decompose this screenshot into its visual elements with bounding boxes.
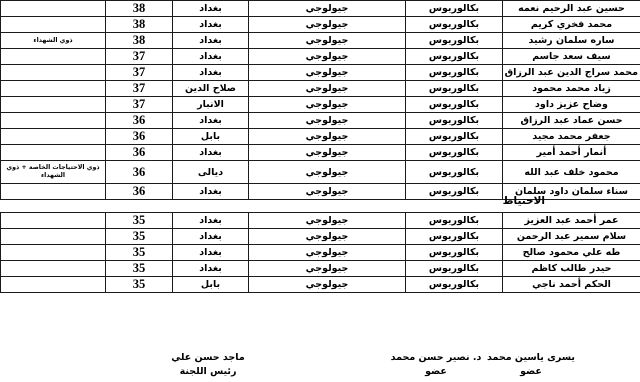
cell-score: 38 (106, 33, 173, 49)
cell-name: الحكم أحمد ناجي (503, 277, 640, 293)
cell-major: جيولوجي (249, 17, 406, 33)
cell-major: جيولوجي (249, 145, 406, 161)
table-row: أنمار أحمد أميربكالوريوسجيولوجيبغداد36 (1, 145, 640, 161)
cell-city: بغداد (173, 113, 249, 129)
cell-city: بغداد (173, 17, 249, 33)
candidates-table-main-body: حسين عبد الرحيم نعمهبكالوريوسجيولوجيبغدا… (1, 1, 640, 200)
cell-score: 37 (106, 65, 173, 81)
cell-name: وضاح عزيز داود (503, 97, 640, 113)
cell-note (1, 97, 106, 113)
cell-degree: بكالوريوس (406, 113, 503, 129)
cell-note (1, 49, 106, 65)
cell-score: 36 (106, 129, 173, 145)
cell-note (1, 113, 106, 129)
cell-note (1, 261, 106, 277)
cell-major: جيولوجي (249, 213, 406, 229)
cell-name: عمر أحمد عبد العزيز (503, 213, 640, 229)
cell-degree: بكالوريوس (406, 245, 503, 261)
cell-degree: بكالوريوس (406, 145, 503, 161)
cell-score: 35 (106, 245, 173, 261)
cell-name: محمود خلف عبد الله (503, 161, 640, 184)
cell-note (1, 213, 106, 229)
cell-degree: بكالوريوس (406, 65, 503, 81)
cell-major: جيولوجي (249, 129, 406, 145)
cell-degree: بكالوريوس (406, 213, 503, 229)
reserve-section-label: الاحتياط (503, 195, 545, 207)
table-row: سيف سعد جاسمبكالوريوسجيولوجيبغداد37 (1, 49, 640, 65)
cell-note (1, 129, 106, 145)
cell-score: 35 (106, 229, 173, 245)
cell-degree: بكالوريوس (406, 261, 503, 277)
cell-city: الانبار (173, 97, 249, 113)
cell-city: بغداد (173, 145, 249, 161)
table-row: محمد فخري كريمبكالوريوسجيولوجيبغداد38 (1, 17, 640, 33)
cell-degree: بكالوريوس (406, 277, 503, 293)
cell-city: بغداد (173, 65, 249, 81)
table-row: طه علي محمود صالحبكالوريوسجيولوجيبغداد35 (1, 245, 640, 261)
cell-note (1, 184, 106, 200)
cell-note (1, 1, 106, 17)
cell-major: جيولوجي (249, 277, 406, 293)
cell-score: 36 (106, 184, 173, 200)
cell-major: جيولوجي (249, 161, 406, 184)
cell-score: 35 (106, 277, 173, 293)
cell-name: طه علي محمود صالح (503, 245, 640, 261)
table-row: زياد محمد محمودبكالوريوسجيولوجيصلاح الدي… (1, 81, 640, 97)
cell-major: جيولوجي (249, 97, 406, 113)
cell-score: 37 (106, 81, 173, 97)
cell-city: بغداد (173, 33, 249, 49)
cell-degree: بكالوريوس (406, 161, 503, 184)
cell-score: 36 (106, 113, 173, 129)
cell-name: محمد فخري كريم (503, 17, 640, 33)
cell-score: 36 (106, 161, 173, 184)
cell-city: بغداد (173, 261, 249, 277)
cell-note (1, 245, 106, 261)
cell-score: 38 (106, 17, 173, 33)
signature-block-committee-chair: ماجد حسن علي رئيس اللجنة (148, 351, 268, 378)
table-row: حسن عماد عبد الرزاقبكالوريوسجيولوجيبغداد… (1, 113, 640, 129)
cell-note (1, 17, 106, 33)
cell-score: 36 (106, 145, 173, 161)
cell-city: بغداد (173, 49, 249, 65)
table-row: حسين عبد الرحيم نعمهبكالوريوسجيولوجيبغدا… (1, 1, 640, 17)
table-row: سلام سمير عبد الرحمنبكالوريوسجيولوجيبغدا… (1, 229, 640, 245)
cell-note (1, 81, 106, 97)
cell-major: جيولوجي (249, 245, 406, 261)
candidates-table-main: حسين عبد الرحيم نعمهبكالوريوسجيولوجيبغدا… (0, 0, 640, 200)
table-row: محمد سراج الدين عبد الرزاقبكالوريوسجيولو… (1, 65, 640, 81)
cell-city: بابل (173, 277, 249, 293)
cell-name: سيف سعد جاسم (503, 49, 640, 65)
cell-major: جيولوجي (249, 49, 406, 65)
signature-name: ماجد حسن علي (148, 351, 268, 364)
table-row: الحكم أحمد ناجيبكالوريوسجيولوجيبابل35 (1, 277, 640, 293)
table-row: وضاح عزيز داودبكالوريوسجيولوجيالانبار37 (1, 97, 640, 113)
cell-name: حسين عبد الرحيم نعمه (503, 1, 640, 17)
cell-note: ذوي الشهداء (1, 33, 106, 49)
cell-name: ساره سلمان رشيد (503, 33, 640, 49)
cell-score: 37 (106, 97, 173, 113)
cell-major: جيولوجي (249, 184, 406, 200)
cell-name: سلام سمير عبد الرحمن (503, 229, 640, 245)
cell-degree: بكالوريوس (406, 17, 503, 33)
table-row: محمود خلف عبد اللهبكالوريوسجيولوجيديالى3… (1, 161, 640, 184)
cell-city: بغداد (173, 245, 249, 261)
candidates-table-reserve: عمر أحمد عبد العزيزبكالوريوسجيولوجيبغداد… (0, 212, 640, 293)
cell-major: جيولوجي (249, 33, 406, 49)
cell-major: جيولوجي (249, 261, 406, 277)
cell-degree: بكالوريوس (406, 33, 503, 49)
cell-score: 35 (106, 213, 173, 229)
cell-score: 38 (106, 1, 173, 17)
cell-degree: بكالوريوس (406, 184, 503, 200)
cell-major: جيولوجي (249, 65, 406, 81)
table-row: حيدر طالب كاظمبكالوريوسجيولوجيبغداد35 (1, 261, 640, 277)
cell-score: 37 (106, 49, 173, 65)
cell-degree: بكالوريوس (406, 81, 503, 97)
cell-degree: بكالوريوس (406, 1, 503, 17)
cell-note (1, 277, 106, 293)
cell-score: 35 (106, 261, 173, 277)
cell-major: جيولوجي (249, 113, 406, 129)
cell-city: بغداد (173, 213, 249, 229)
table-row: جعفر محمد مجيدبكالوريوسجيولوجيبابل36 (1, 129, 640, 145)
cell-city: صلاح الدين (173, 81, 249, 97)
signature-name: د. نصير حسن محمد (376, 351, 496, 364)
cell-name: محمد سراج الدين عبد الرزاق (503, 65, 640, 81)
cell-city: ديالى (173, 161, 249, 184)
cell-major: جيولوجي (249, 81, 406, 97)
cell-note: ذوي الاحتياجات الخاصة + ذوي الشهداء (1, 161, 106, 184)
cell-name: حسن عماد عبد الرزاق (503, 113, 640, 129)
cell-degree: بكالوريوس (406, 97, 503, 113)
cell-name: زياد محمد محمود (503, 81, 640, 97)
signature-role: عضو (376, 365, 496, 378)
cell-degree: بكالوريوس (406, 49, 503, 65)
cell-city: بغداد (173, 229, 249, 245)
cell-major: جيولوجي (249, 1, 406, 17)
cell-name: جعفر محمد مجيد (503, 129, 640, 145)
cell-note (1, 65, 106, 81)
candidates-table-reserve-body: عمر أحمد عبد العزيزبكالوريوسجيولوجيبغداد… (1, 213, 640, 293)
cell-degree: بكالوريوس (406, 129, 503, 145)
cell-city: بغداد (173, 184, 249, 200)
cell-major: جيولوجي (249, 229, 406, 245)
cell-note (1, 145, 106, 161)
cell-name: أنمار أحمد أمير (503, 145, 640, 161)
signature-role: رئيس اللجنة (148, 365, 268, 378)
cell-name: حيدر طالب كاظم (503, 261, 640, 277)
cell-note (1, 229, 106, 245)
signature-block-member-2: د. نصير حسن محمد عضو (376, 351, 496, 378)
document-page: حسين عبد الرحيم نعمهبكالوريوسجيولوجيبغدا… (0, 0, 640, 382)
cell-degree: بكالوريوس (406, 229, 503, 245)
cell-city: بابل (173, 129, 249, 145)
table-row: عمر أحمد عبد العزيزبكالوريوسجيولوجيبغداد… (1, 213, 640, 229)
cell-city: بغداد (173, 1, 249, 17)
table-row: ساره سلمان رشيدبكالوريوسجيولوجيبغداد38ذو… (1, 33, 640, 49)
